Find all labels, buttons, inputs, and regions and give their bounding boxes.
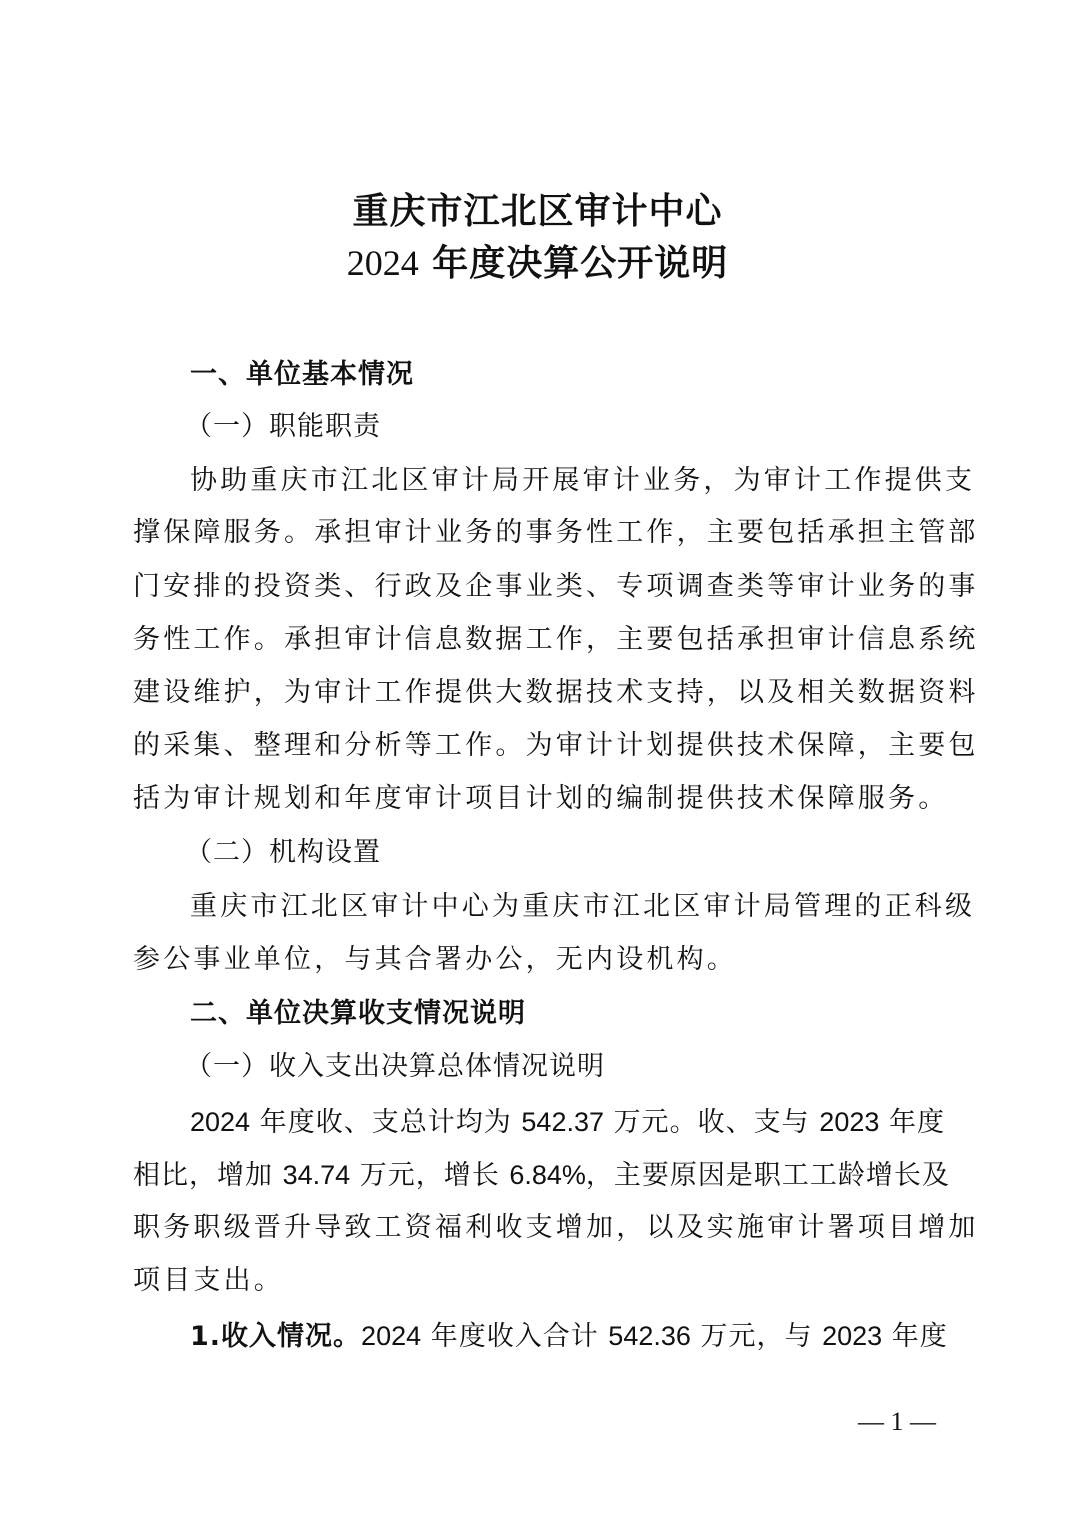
paragraph-line: 门安排的投资类、行政及企事业类、专项调查类等审计业务的事 xyxy=(133,567,945,607)
section2-sub1-heading: （一）收入支出决算总体情况说明 xyxy=(185,1047,997,1087)
income-label: 1.收入情况。 xyxy=(190,1321,361,1352)
text: 万元。收、支与 xyxy=(604,1107,819,1138)
section2-heading: 二、单位决算收支情况说明 xyxy=(190,994,945,1034)
value-total: 542.37 xyxy=(521,1107,604,1137)
text: 万元，与 xyxy=(691,1321,822,1352)
document-title-line2: 2024 年度决算公开说明 xyxy=(0,238,1075,288)
text: 年度 xyxy=(882,1321,948,1352)
section1-heading: 一、单位基本情况 xyxy=(190,355,945,395)
document-title-line1: 重庆市江北区审计中心 xyxy=(0,186,1075,236)
value-increase: 34.74 xyxy=(283,1160,351,1190)
section1-sub1-heading: （一）职能职责 xyxy=(185,407,997,447)
paragraph-line: 撑保障服务。承担审计业务的事务性工作，主要包括承担主管部 xyxy=(133,513,945,553)
paragraph-line: 协助重庆市江北区审计局开展审计业务，为审计工作提供支 xyxy=(190,461,945,501)
value-growth-rate: 6.84% xyxy=(509,1160,586,1190)
title-year: 2024 xyxy=(347,243,419,283)
page-number: — 1 — xyxy=(858,1404,936,1440)
paragraph-line: 建设维护，为审计工作提供大数据技术支持，以及相关数据资料 xyxy=(133,673,945,713)
paragraph-line: 参公事业单位，与其合署办公，无内设机构。 xyxy=(133,940,945,980)
section1-sub2-heading: （二）机构设置 xyxy=(185,833,997,873)
text: 万元，增长 xyxy=(350,1160,509,1191)
text: 相比，增加 xyxy=(133,1160,283,1191)
paragraph-line: 务性工作。承担审计信息数据工作，主要包括承担审计信息系统 xyxy=(133,620,945,660)
value-year: 2024 xyxy=(190,1107,250,1137)
value-year: 2023 xyxy=(822,1321,882,1351)
value-year: 2023 xyxy=(819,1107,879,1137)
paragraph-line: 括为审计规划和年度审计项目计划的编制提供技术保障服务。 xyxy=(133,779,945,819)
text: ，主要原因是职工工龄增长及 xyxy=(586,1160,950,1191)
text: 年度收、支总计均为 xyxy=(250,1107,521,1138)
text: 年度 xyxy=(879,1107,945,1138)
paragraph-line: 1.收入情况。2024 年度收入合计 542.36 万元，与 2023 年度 xyxy=(190,1316,945,1356)
text: 年度收入合计 xyxy=(421,1321,608,1352)
value-year: 2024 xyxy=(361,1321,421,1351)
paragraph-line: 重庆市江北区审计中心为重庆市江北区审计局管理的正科级 xyxy=(190,887,945,927)
paragraph-line: 相比，增加 34.74 万元，增长 6.84%，主要原因是职工工龄增长及 xyxy=(133,1155,945,1195)
paragraph-line: 职务职级晋升导致工资福利收支增加，以及实施审计署项目增加 xyxy=(133,1208,945,1248)
paragraph-line: 项目支出。 xyxy=(133,1261,945,1301)
value-income: 542.36 xyxy=(608,1321,691,1351)
title-text: 年度决算公开说明 xyxy=(419,242,729,284)
paragraph-line: 2024 年度收、支总计均为 542.37 万元。收、支与 2023 年度 xyxy=(190,1102,945,1142)
paragraph-line: 的采集、整理和分析等工作。为审计计划提供技术保障，主要包 xyxy=(133,726,945,766)
